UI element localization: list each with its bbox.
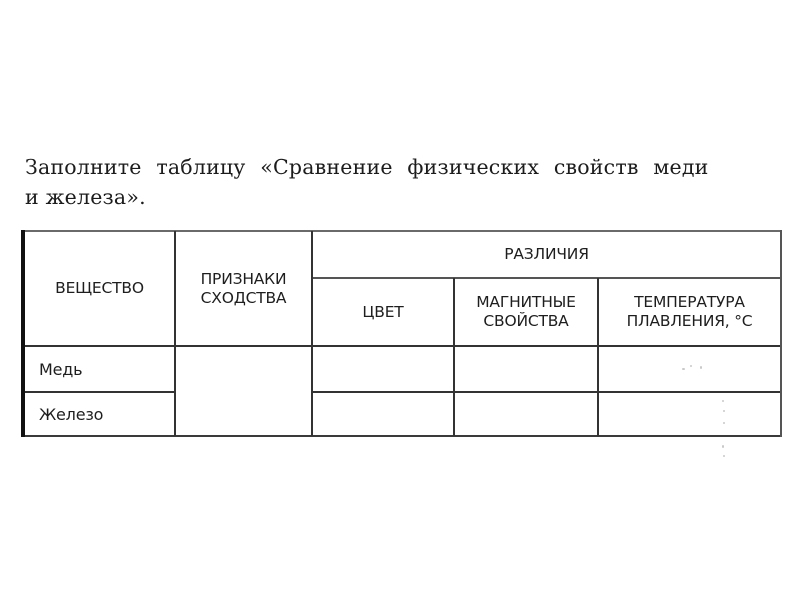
scan-noise — [722, 400, 724, 402]
header-similarities-line1: ПРИЗНАКИ — [201, 270, 287, 289]
cell-copper-melting[interactable] — [599, 347, 780, 391]
cell-similarities[interactable] — [176, 347, 311, 435]
cell-copper-color[interactable] — [313, 347, 453, 391]
header-magnetic-line1: МАГНИТНЫЕ — [476, 293, 575, 312]
row-iron-substance: Железо — [25, 393, 174, 435]
header-color: ЦВЕТ — [313, 279, 453, 345]
header-magnetic-line2: СВОЙСТВА — [483, 312, 568, 331]
cell-iron-color[interactable] — [313, 393, 453, 435]
header-differences: РАЗЛИЧИЯ — [313, 232, 780, 277]
row-copper-substance: Медь — [25, 347, 174, 391]
header-similarities: ПРИЗНАКИ СХОДСТВА — [176, 232, 311, 345]
scan-noise — [723, 410, 725, 412]
scan-noise — [682, 368, 685, 370]
table-border-bottom — [22, 435, 782, 437]
table-border-right — [780, 230, 782, 437]
cell-iron-magnetic[interactable] — [455, 393, 597, 435]
header-magnetic: МАГНИТНЫЕ СВОЙСТВА — [455, 279, 597, 345]
header-substance: ВЕЩЕСТВО — [25, 232, 174, 345]
header-melting-line2: ПЛАВЛЕНИЯ, °С — [627, 312, 753, 331]
scan-noise — [722, 445, 724, 448]
header-melting: ТЕМПЕРАТУРА ПЛАВЛЕНИЯ, °С — [599, 279, 780, 345]
scan-noise — [700, 366, 702, 369]
scan-noise — [723, 422, 725, 424]
cell-copper-magnetic[interactable] — [455, 347, 597, 391]
header-melting-line1: ТЕМПЕРАТУРА — [634, 293, 745, 312]
comparison-table: ВЕЩЕСТВО ПРИЗНАКИ СХОДСТВА РАЗЛИЧИЯ ЦВЕТ… — [0, 0, 800, 600]
header-similarities-line2: СХОДСТВА — [201, 289, 287, 308]
scan-noise — [690, 365, 692, 367]
cell-iron-melting[interactable] — [599, 393, 780, 435]
scan-noise — [723, 455, 725, 457]
